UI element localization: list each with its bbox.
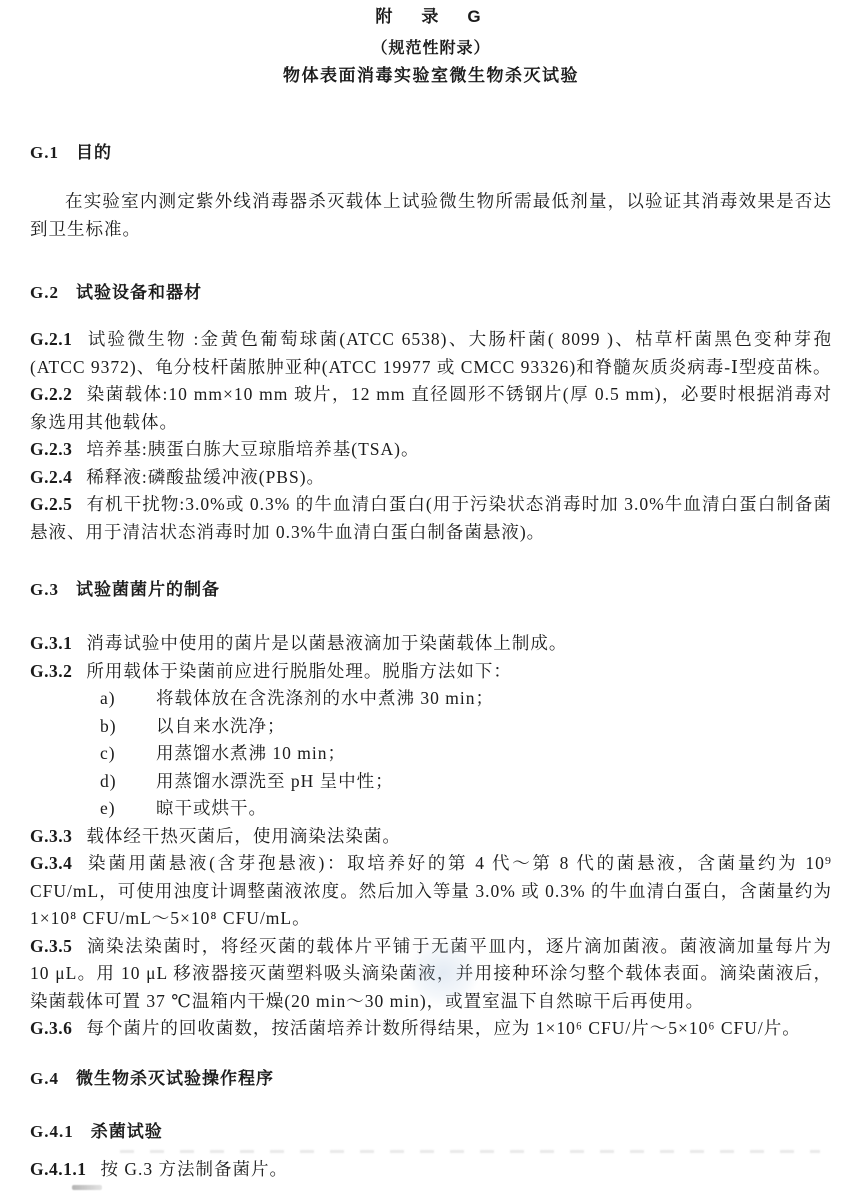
clause-g2-2: G.2.2染菌载体:10 mm×10 mm 玻片，12 mm 直径圆形不锈钢片(… <box>30 381 832 436</box>
section-heading-g4: G.4微生物杀灭试验操作程序 <box>30 1065 832 1092</box>
clause-g2-5: G.2.5有机干扰物:3.0%或 0.3% 的牛血清白蛋白(用于污染状态消毒时加… <box>30 491 832 546</box>
clause-text-g2-2: 染菌载体:10 mm×10 mm 玻片，12 mm 直径圆形不锈钢片(厚 0.5… <box>30 384 832 432</box>
section-heading-g4-1: G.4.1杀菌试验 <box>30 1118 832 1145</box>
list-label-e: e) <box>100 795 156 823</box>
clause-number-g3-6: G.3.6 <box>30 1018 72 1038</box>
section-heading-g2: G.2试验设备和器材 <box>30 279 832 306</box>
scan-noise-streak <box>120 1150 820 1153</box>
list-text-b: 以自来水洗净； <box>156 716 286 736</box>
clause-g4-1-1: G.4.1.1按 G.3 方法制备菌片。 <box>30 1156 832 1184</box>
list-item-e: e)晾干或烘干。 <box>30 795 832 823</box>
clause-number-g2-1: G.2.1 <box>30 329 72 349</box>
clause-g2-1: G.2.1试验微生物 :金黄色葡萄球菌(ATCC 6538)、大肠杆菌( 809… <box>30 326 832 381</box>
clause-g3-4: G.3.4染菌用菌悬液(含芽孢悬液)：取培养好的第 4 代～第 8 代的菌悬液，… <box>30 850 832 933</box>
clause-text-g3-2: 所用载体于染菌前应进行脱脂处理。脱脂方法如下： <box>86 661 512 681</box>
list-label-b: b) <box>100 713 156 741</box>
list-label-c: c) <box>100 740 156 768</box>
section-number-g4: G.4 <box>30 1069 59 1088</box>
list-text-d: 用蒸馏水漂洗至 pH 呈中性； <box>156 771 394 791</box>
paragraph-g1: 在实验室内测定紫外线消毒器杀灭载体上试验微生物所需最低剂量，以验证其消毒效果是否… <box>30 188 832 243</box>
clause-g2-3: G.2.3培养基:胰蛋白胨大豆琼脂培养基(TSA)。 <box>30 436 832 464</box>
clause-g2-4: G.2.4稀释液:磷酸盐缓冲液(PBS)。 <box>30 464 832 492</box>
clause-text-g2-4: 稀释液:磷酸盐缓冲液(PBS)。 <box>86 467 325 487</box>
appendix-title: 物体表面消毒实验室微生物杀灭试验 <box>30 62 832 89</box>
clause-number-g3-3: G.3.3 <box>30 826 72 846</box>
clause-text-g2-5: 有机干扰物:3.0%或 0.3% 的牛血清白蛋白(用于污染状态消毒时加 3.0%… <box>30 494 832 542</box>
section-heading-g1: G.1目的 <box>30 139 832 166</box>
clause-number-g2-3: G.2.3 <box>30 439 72 459</box>
clause-text-g3-3: 载体经干热灭菌后，使用滴染法染菌。 <box>86 826 401 846</box>
clause-number-g3-5: G.3.5 <box>30 936 72 956</box>
clause-text-g2-1: 试验微生物 :金黄色葡萄球菌(ATCC 6538)、大肠杆菌( 8099 )、枯… <box>30 329 832 377</box>
list-label-a: a) <box>100 685 156 713</box>
clause-number-g3-2: G.3.2 <box>30 661 72 681</box>
clause-g3-5: G.3.5滴染法染菌时，将经灭菌的载体片平铺于无菌平皿内，逐片滴加菌液。菌液滴加… <box>30 933 832 1016</box>
clause-number-g2-5: G.2.5 <box>30 494 72 514</box>
section-number-g2: G.2 <box>30 283 59 302</box>
list-item-d: d)用蒸馏水漂洗至 pH 呈中性； <box>30 768 832 796</box>
clause-g3-3: G.3.3载体经干热灭菌后，使用滴染法染菌。 <box>30 823 832 851</box>
list-text-e: 晾干或烘干。 <box>156 798 267 818</box>
page-bottom-cutoff-mark <box>72 1185 102 1190</box>
appendix-label: 附 录 G <box>30 3 832 30</box>
list-item-c: c)用蒸馏水煮沸 10 min； <box>30 740 832 768</box>
clause-text-g3-6: 每个菌片的回收菌数，按活菌培养计数所得结果，应为 1×10⁶ CFU/片～5×1… <box>86 1018 800 1038</box>
clause-number-g3-4: G.3.4 <box>30 853 72 873</box>
section-number-g4-1: G.4.1 <box>30 1122 74 1141</box>
clause-number-g2-4: G.2.4 <box>30 467 72 487</box>
clause-number-g4-1-1: G.4.1.1 <box>30 1159 87 1179</box>
list-item-b: b)以自来水洗净； <box>30 713 832 741</box>
clause-text-g2-3: 培养基:胰蛋白胨大豆琼脂培养基(TSA)。 <box>86 439 419 459</box>
section-number-g1: G.1 <box>30 143 59 162</box>
clause-text-g3-5: 滴染法染菌时，将经灭菌的载体片平铺于无菌平皿内，逐片滴加菌液。菌液滴加量每片为 … <box>30 936 832 1011</box>
clause-text-g3-1: 消毒试验中使用的菌片是以菌悬液滴加于染菌载体上制成。 <box>86 633 567 653</box>
section-number-g3: G.3 <box>30 580 59 599</box>
clause-g3-2: G.3.2所用载体于染菌前应进行脱脂处理。脱脂方法如下： <box>30 658 832 686</box>
appendix-type-note: （规范性附录） <box>30 35 832 62</box>
section-heading-g3: G.3试验菌菌片的制备 <box>30 576 832 603</box>
list-text-c: 用蒸馏水煮沸 10 min； <box>156 743 346 763</box>
section-title-g4-1: 杀菌试验 <box>91 1122 163 1141</box>
section-title-g2: 试验设备和器材 <box>76 283 202 302</box>
clause-number-g3-1: G.3.1 <box>30 633 72 653</box>
clause-text-g4-1-1: 按 G.3 方法制备菌片。 <box>101 1159 289 1179</box>
list-item-a: a)将载体放在含洗涤剂的水中煮沸 30 min； <box>30 685 832 713</box>
list-text-a: 将载体放在含洗涤剂的水中煮沸 30 min； <box>156 688 494 708</box>
clause-g3-6: G.3.6每个菌片的回收菌数，按活菌培养计数所得结果，应为 1×10⁶ CFU/… <box>30 1015 832 1043</box>
clause-number-g2-2: G.2.2 <box>30 384 72 404</box>
clause-g3-1: G.3.1消毒试验中使用的菌片是以菌悬液滴加于染菌载体上制成。 <box>30 630 832 658</box>
section-title-g1: 目的 <box>76 143 112 162</box>
section-title-g3: 试验菌菌片的制备 <box>76 580 220 599</box>
document-page: 附 录 G （规范性附录） 物体表面消毒实验室微生物杀灭试验 G.1目的 在实验… <box>0 0 859 1193</box>
list-label-d: d) <box>100 768 156 796</box>
clause-text-g3-4: 染菌用菌悬液(含芽孢悬液)：取培养好的第 4 代～第 8 代的菌悬液，含菌量约为… <box>30 853 832 928</box>
appendix-header: 附 录 G （规范性附录） 物体表面消毒实验室微生物杀灭试验 <box>30 3 832 89</box>
section-title-g4: 微生物杀灭试验操作程序 <box>76 1069 274 1088</box>
